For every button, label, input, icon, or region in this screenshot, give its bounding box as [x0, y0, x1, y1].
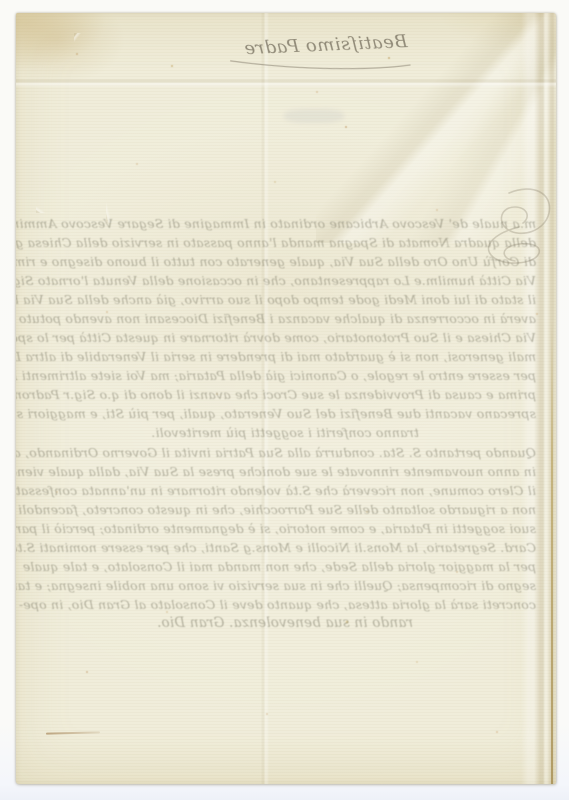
bleedthrough-annotation: Beatiſsimo Padre — [227, 31, 409, 79]
bleedthrough-line: della quadra Nomata di Spagna manda l'an… — [34, 233, 536, 252]
paper-sheet: Beatiſsimo Padre m.a nuale de' Vescovo A… — [16, 13, 556, 784]
bleedthrough-line: Via Chiesa e il Suo Protonotario, come d… — [34, 328, 536, 347]
bleedthrough-line: mali generosi, non si è guardato mai di … — [34, 347, 536, 366]
bleedthrough-line: il Clero comune, non riceverà che S.tà v… — [34, 481, 536, 500]
bleedthrough-text-block: m.a nuale de' Vescovo Arbicane ordinato … — [34, 214, 536, 634]
bleedthrough-line: in anno nuovamente rinnovate le sue doni… — [34, 462, 536, 481]
bleedthrough-line: rando in sua benevolenza. Gran Dio. — [34, 614, 536, 633]
scanner-background: Beatiſsimo Padre m.a nuale de' Vescovo A… — [0, 0, 569, 800]
bleedthrough-line: sprecano vacanti due Benefizi del Suo Ve… — [34, 404, 536, 423]
bleedthrough-line: il stato di lui doni Medi gode tempo dop… — [34, 290, 536, 309]
bleedthrough-line: tranno conferiti i soggetti più meritevo… — [34, 423, 536, 442]
bleedthrough-line: segno di ricompensa; Quelli che in sua s… — [34, 576, 536, 595]
bleedthrough-line: Quando pertanto S. Sta. condurrà alla Su… — [34, 443, 536, 462]
bleedthrough-line: per essere entro le regole, o Canonici g… — [34, 366, 536, 385]
top-left-wrinkles — [16, 13, 246, 233]
margin-ink-stroke — [46, 731, 100, 734]
bleedthrough-line: Card. Segretario, la Mons.li Nicolli e M… — [34, 538, 536, 557]
bleedthrough-paragraph: m.a nuale de' Vescovo Arbicane ordinato … — [34, 214, 536, 442]
bleedthrough-line: non a riguardo soltanto delle Sue Parroc… — [34, 500, 536, 519]
bleedthrough-line: prima e causa di Provvidenza le sue Croc… — [34, 385, 536, 404]
faint-bleed-smudge — [284, 109, 344, 123]
bleedthrough-line: per la maggior gloria della Sede, che no… — [34, 557, 536, 576]
bleedthrough-paragraph: Quando pertanto S. Sta. condurrà alla Su… — [34, 443, 536, 633]
bleedthrough-line: concreti sarà la gloria attesa, che quan… — [34, 595, 536, 614]
bleedthrough-line: suoi soggetti in Pataria, e come notorio… — [34, 519, 536, 538]
bleedthrough-line: Via Città humilm.e Lo rappresentano, che… — [34, 271, 536, 290]
bleedthrough-line: di Corfù Uno Oro della Sua Via, quale ge… — [34, 252, 536, 271]
foxing-spots — [16, 13, 18, 15]
bleedthrough-line: m.a nuale de' Vescovo Arbicane ordinato … — [34, 214, 536, 233]
bleedthrough-line: averà in occorrenza di qualche vacanza i… — [34, 309, 536, 328]
